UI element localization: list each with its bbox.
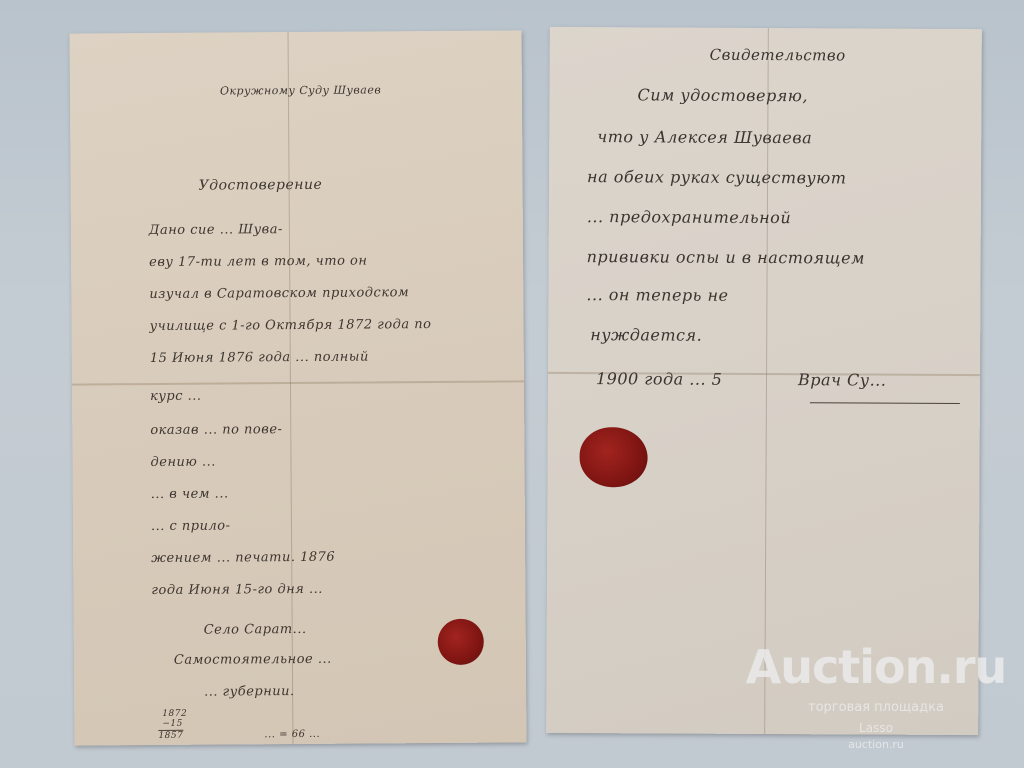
body-line: на обеих руках существуют (587, 167, 846, 187)
signature-underline (810, 402, 960, 404)
body-line: Сим удостоверяю, (637, 85, 808, 105)
signature-line: ... губернии. (204, 684, 295, 700)
body-line: нуждается. (590, 325, 702, 345)
body-line: ... с прило- (151, 518, 231, 534)
document-title: Удостоверение (199, 177, 323, 194)
date-line: 1900 года ... 5 (596, 369, 722, 389)
vertical-fold (288, 32, 294, 744)
body-line: ... он теперь не (586, 285, 728, 305)
signature-line: Самостоятельное ... (174, 652, 332, 668)
margin-note: ... = 66 ... (264, 729, 320, 740)
body-line: ... предохранительной (587, 207, 791, 227)
body-line: прививки оспы и в настоящем (587, 247, 865, 267)
margin-calc: 1857 (158, 730, 183, 741)
right-document: Свидетельство Сим удостоверяю, что у Але… (546, 27, 982, 735)
body-line: изучал в Саратовском приходском (149, 285, 409, 302)
body-line: училище с 1-го Октября 1872 года по (150, 317, 432, 334)
wax-seal (579, 427, 647, 487)
wax-seal (438, 619, 484, 665)
watermark-site: auction.ru (736, 738, 1016, 751)
body-line: ... в чем ... (151, 486, 229, 502)
left-document: Окружному Суду Шуваев Удостоверение Дано… (70, 30, 527, 745)
body-line: жением ... печати. 1876 (151, 550, 335, 566)
body-line: Дано сие ... Шува- (149, 222, 283, 238)
horizontal-fold (72, 380, 524, 385)
body-line: что у Алексея Шуваева (597, 127, 812, 147)
body-line: 15 Июня 1876 года ... полный (150, 350, 369, 367)
watermark-lasso: Lasso (736, 721, 1016, 735)
document-header: Окружному Суду Шуваев (220, 83, 381, 97)
body-line: оказав ... по пове- (150, 422, 282, 438)
document-title: Свидетельство (710, 46, 846, 65)
body-line: года Июня 15-го дня ... (151, 582, 323, 598)
signature: Врач Су... (798, 370, 886, 389)
body-line: курс ... (150, 389, 202, 404)
watermark-subtitle: торговая площадка (736, 700, 1016, 715)
body-line: дению ... (150, 455, 215, 470)
margin-calc: 1872 (162, 709, 187, 719)
body-line: еву 17-ти лет в том, что он (149, 254, 367, 271)
signature-line: Село Сарат... (204, 622, 307, 638)
watermark-brand: Auction.ru (736, 640, 1016, 694)
margin-calc: −15 (162, 719, 183, 729)
